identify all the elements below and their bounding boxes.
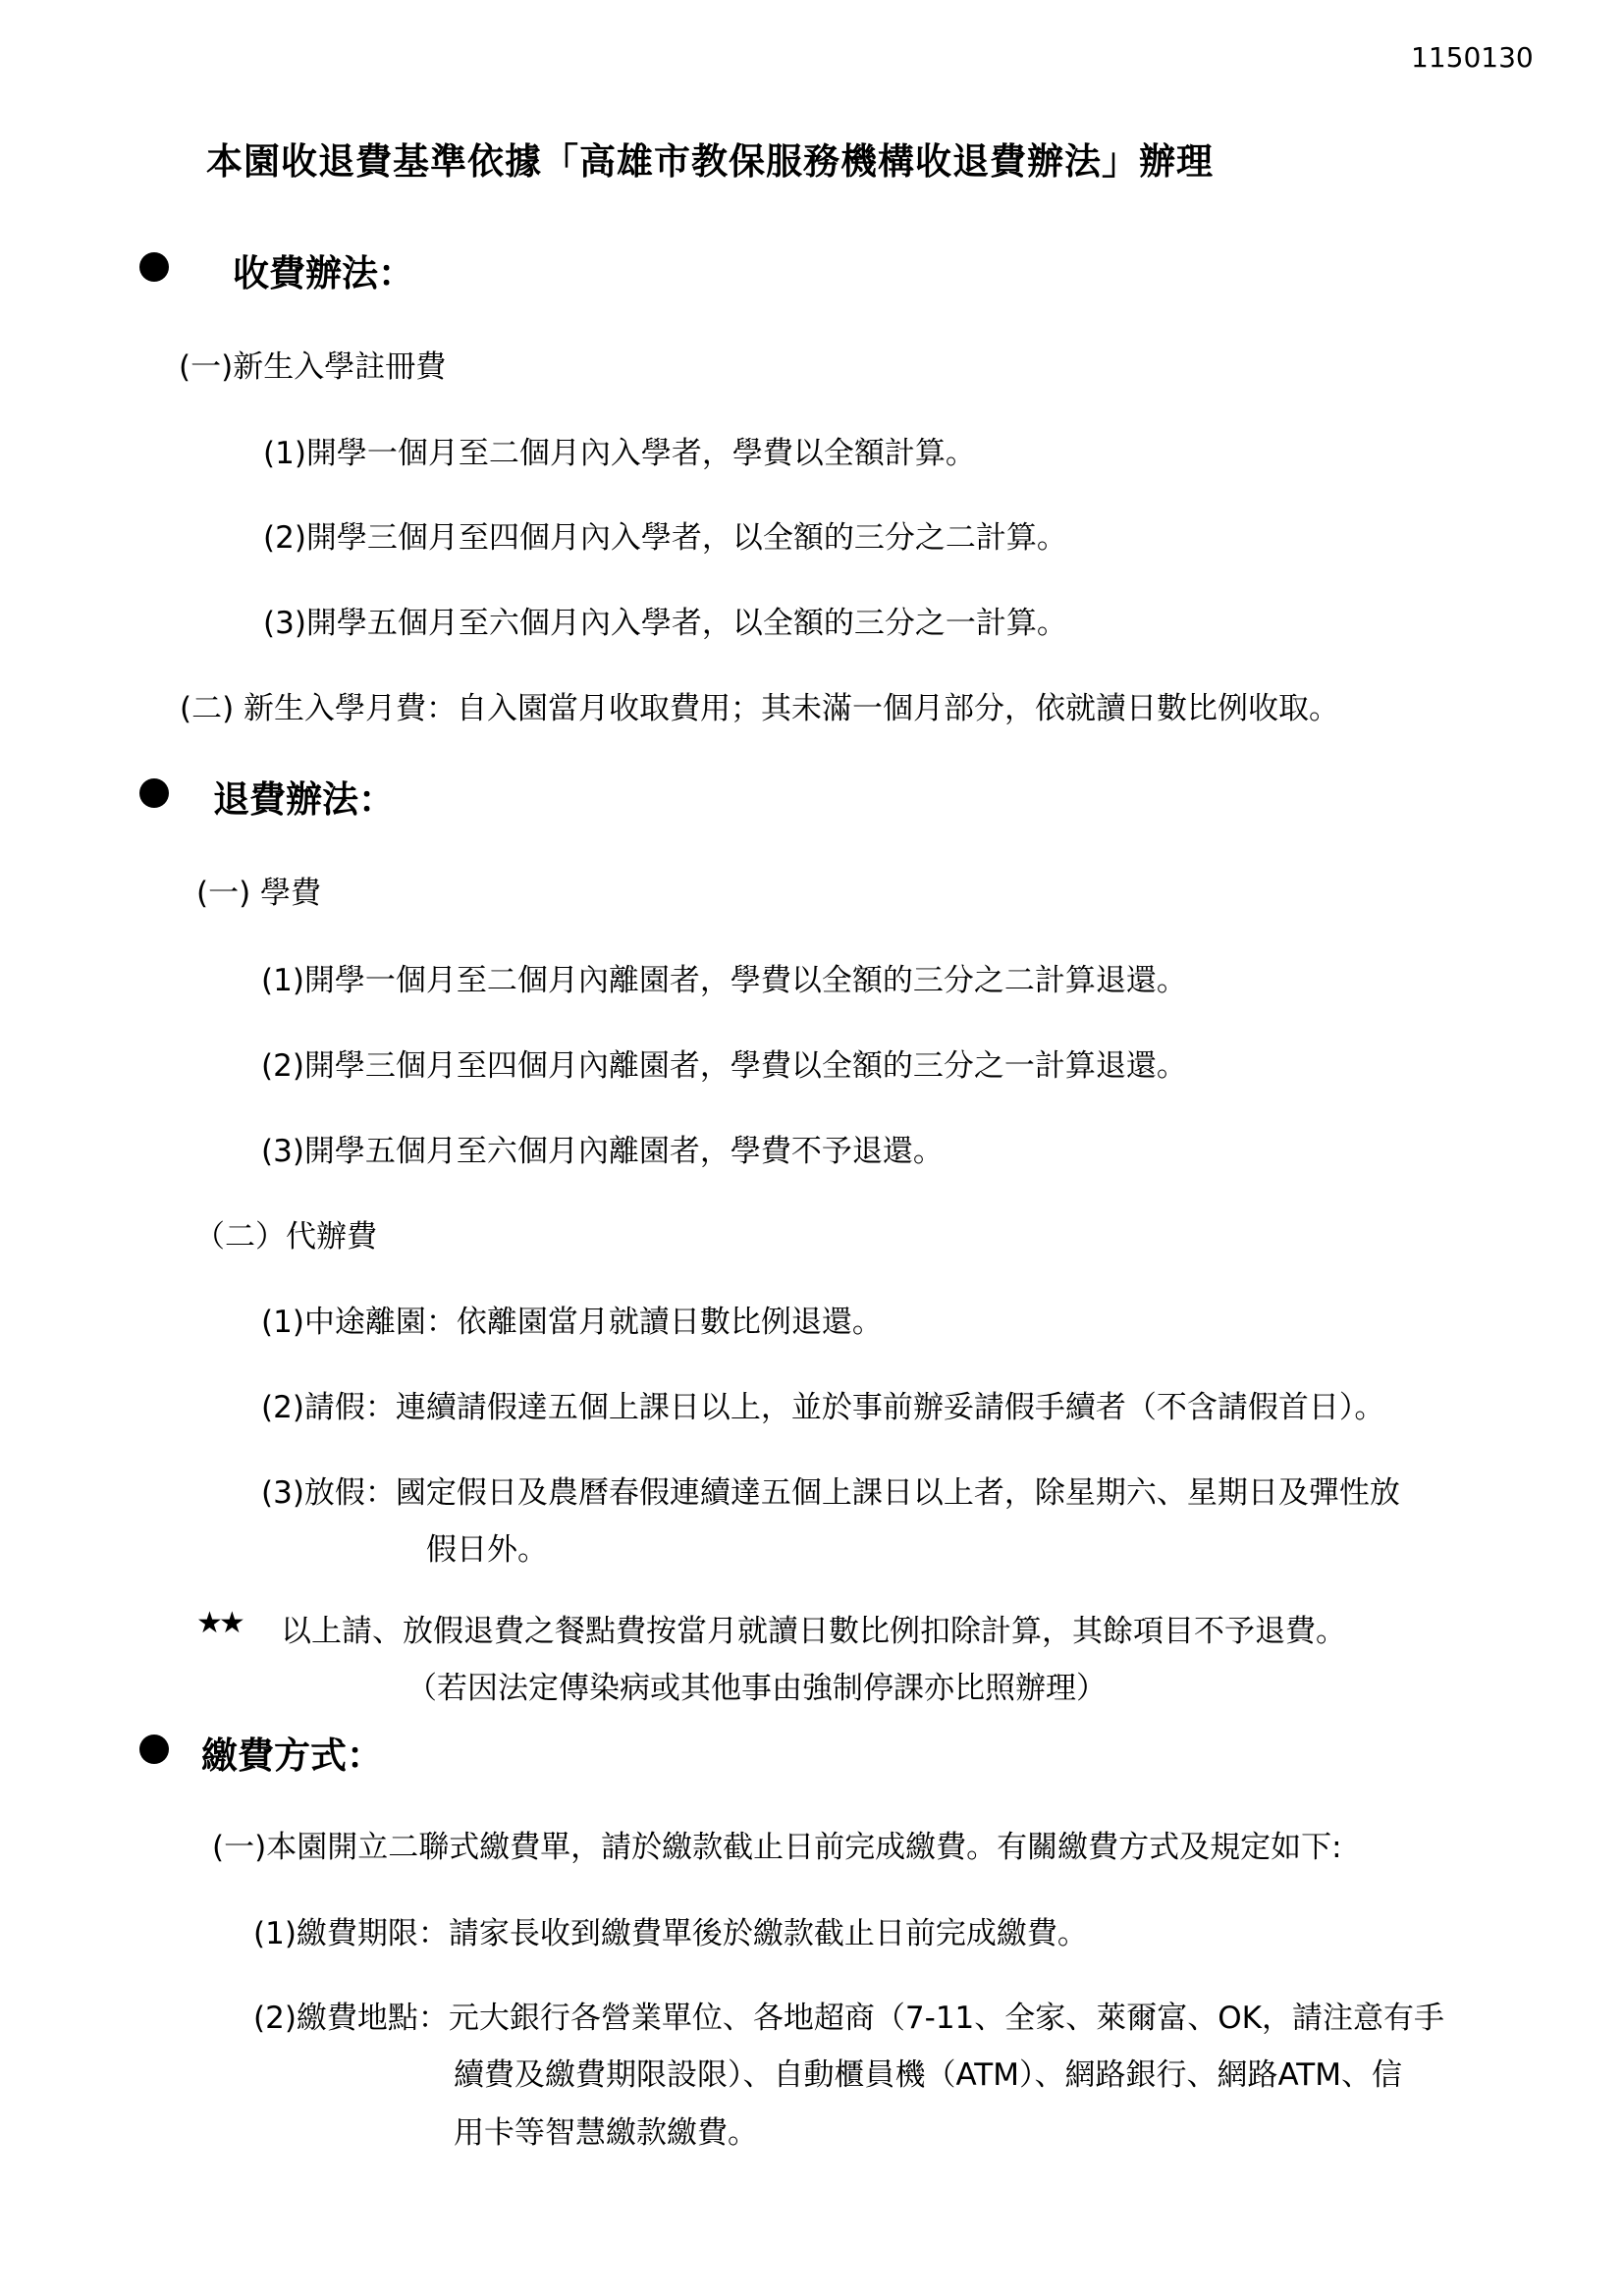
subsection-label: (一) 學費 — [196, 868, 321, 912]
list-item: (2)開學三個月至四個月內離園者，學費以全額的三分之一計算退還。 — [261, 1041, 1187, 1085]
list-item: (3)放假：國定假日及農曆春假連續達五個上課日以上者，除星期六、星期日及彈性放 — [261, 1468, 1400, 1512]
list-item: (3)開學五個月至六個月內入學者，以全額的三分之一計算。 — [263, 598, 1067, 642]
subsection-label: （二）代辦費 — [194, 1211, 377, 1255]
bullet-icon — [139, 778, 169, 808]
subsection-label: (一)本園開立二聯式繳費單，請於繳款截止日前完成繳費。有關繳費方式及規定如下: — [212, 1822, 1342, 1866]
note-line: （若因法定傳染病或其他事由強制停課亦比照辦理） — [406, 1663, 1107, 1707]
list-item: (3)開學五個月至六個月內離園者，學費不予退還。 — [261, 1126, 944, 1170]
list-item: (1)開學一個月至二個月內離園者，學費以全額的三分之二計算退還。 — [261, 955, 1187, 999]
list-item: (1)繳費期限：請家長收到繳費單後於繳款截止日前完成繳費。 — [253, 1908, 1088, 1952]
section-heading: 收費辦法： — [233, 243, 414, 296]
list-item: (2)開學三個月至四個月內入學者，以全額的三分之二計算。 — [263, 512, 1067, 557]
section-heading: 繳費方式： — [201, 1726, 383, 1779]
list-item-continuation: 用卡等智慧繳款繳費。 — [454, 2108, 758, 2152]
list-item: (2)繳費地點：元大銀行各營業單位、各地超商（7-11、全家、萊爾富、OK，請注… — [253, 1993, 1444, 2037]
document-title: 本園收退費基準依據「高雄市教保服務機構收退費辦法」辦理 — [206, 132, 1214, 185]
bullet-icon — [139, 252, 169, 282]
document-number: 1150130 — [1411, 41, 1534, 74]
subsection-label: (二) 新生入學月費：自入園當月收取費用；其未滿一個月部分，依就讀日數比例收取。 — [180, 683, 1339, 727]
bullet-icon — [139, 1735, 169, 1764]
list-item: (1)中途離園：依離園當月就讀日數比例退還。 — [261, 1297, 883, 1341]
note-line: 以上請、放假退費之餐點費按當月就讀日數比例扣除計算，其餘項目不予退費。 — [281, 1606, 1346, 1650]
list-item: (2)請假：連續請假達五個上課日以上，並於事前辦妥請假手續者（不含請假首日）。 — [261, 1382, 1384, 1426]
subsection-label: (一)新生入學註冊費 — [179, 342, 446, 386]
list-item: (1)開學一個月至二個月內入學者，學費以全額計算。 — [263, 428, 976, 472]
star-icon: ★★ — [196, 1606, 242, 1640]
section-heading: 退費辦法： — [213, 770, 395, 823]
list-item-continuation: 續費及繳費期限設限）、自動櫃員機（ATM）、網路銀行、網路ATM、信 — [454, 2050, 1402, 2094]
list-item-continuation: 假日外。 — [426, 1524, 548, 1569]
